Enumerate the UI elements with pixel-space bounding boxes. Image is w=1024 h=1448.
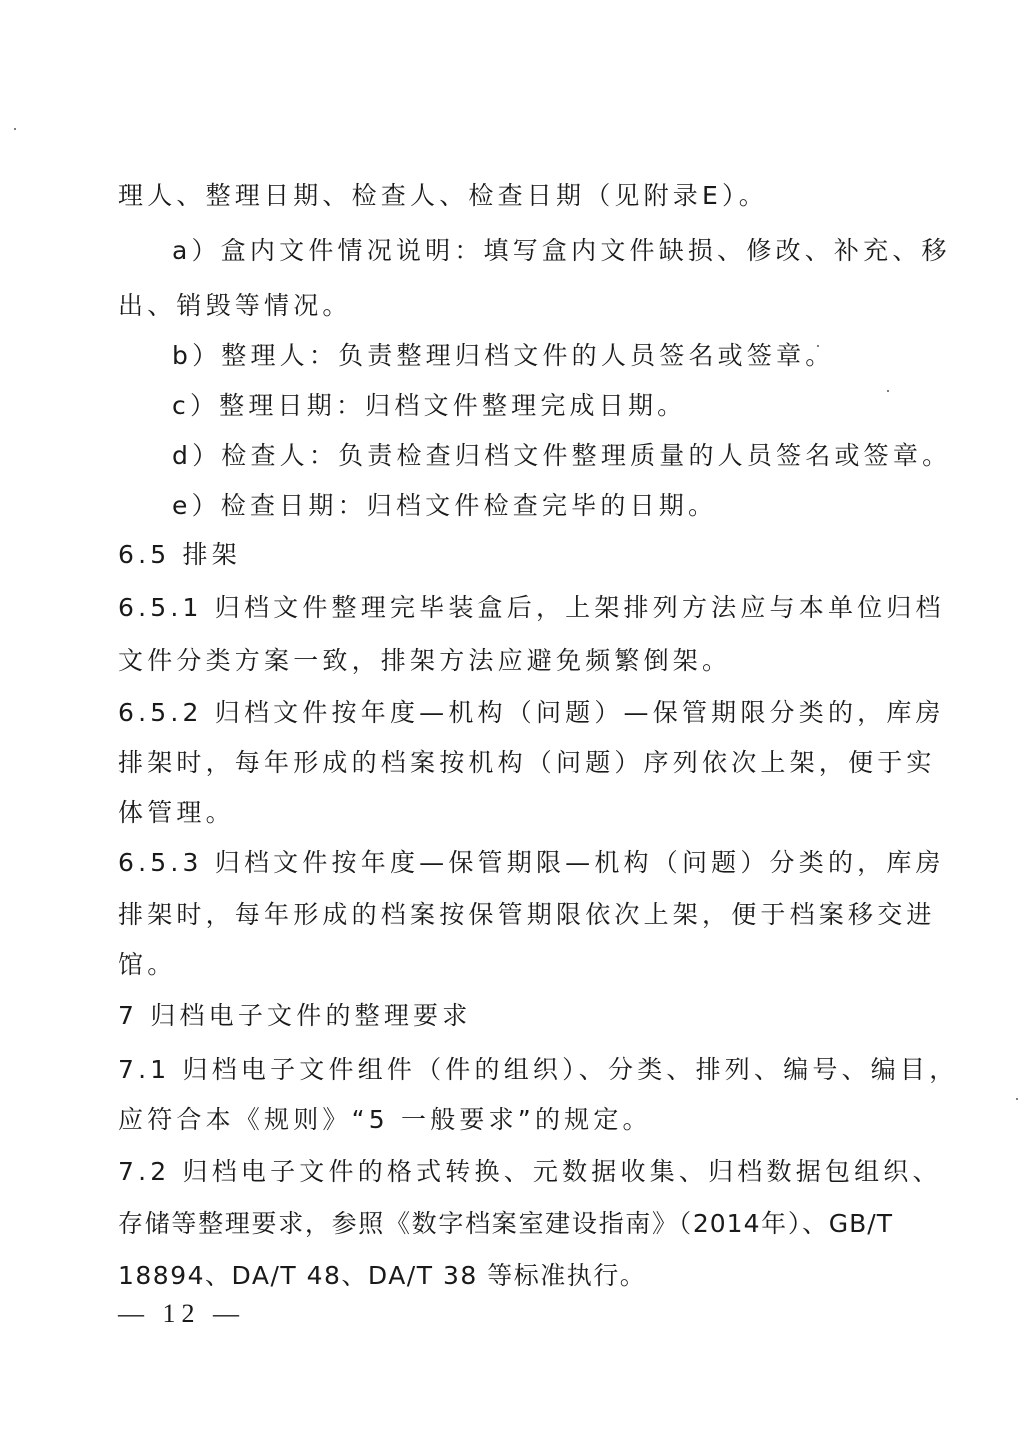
scan-speck: [817, 345, 819, 347]
item-b: b）整理人：负责整理归档文件的人员签名或签章。: [172, 338, 947, 374]
clause-7-2-line-2: 存储等整理要求，参照《数字档案室建设指南》（2014年）、GB/T: [118, 1206, 893, 1242]
clause-6-5-1-line-1: 6.5.1 归档文件整理完毕装盒后，上架排列方法应与本单位归档: [118, 590, 893, 626]
clause-6-5-1-line-2: 文件分类方案一致，排架方法应避免频繁倒架。: [118, 643, 893, 679]
clause-7-2-line-1: 7.2 归档电子文件的格式转换、元数据收集、归档数据包组织、: [118, 1154, 893, 1190]
document-page: 理人、整理日期、检查人、检查日期（见附录E）。 a）盒内文件情况说明：填写盒内文…: [0, 0, 1024, 1448]
clause-6-5-3-line-3: 馆。: [118, 947, 893, 983]
clause-6-5-3-line-1: 6.5.3 归档文件按年度—保管期限—机构（问题）分类的，库房: [118, 845, 893, 881]
clause-7-2-line-3: 18894、DA/T 48、DA/T 38 等标准执行。: [118, 1258, 893, 1294]
item-a-line-1: a）盒内文件情况说明：填写盒内文件缺损、修改、补充、移: [172, 233, 893, 269]
clause-6-5-2-line-2: 排架时，每年形成的档案按机构（问题）序列依次上架，便于实: [118, 745, 893, 781]
clause-6-5-3-line-2: 排架时，每年形成的档案按保管期限依次上架，便于档案移交进: [118, 897, 893, 933]
scan-speck: [14, 128, 16, 130]
paragraph-6-4-continuation: 理人、整理日期、检查人、检查日期（见附录E）。: [118, 178, 893, 214]
page-number: — 12 —: [118, 1296, 245, 1332]
item-e: e）检查日期：归档文件检查完毕的日期。: [172, 488, 947, 524]
clause-6-5-2-line-3: 体管理。: [118, 795, 893, 831]
item-c: c）整理日期：归档文件整理完成日期。: [172, 388, 947, 424]
section-heading-6-5: 6.5 排架: [118, 537, 893, 573]
item-a-line-2: 出、销毁等情况。: [118, 288, 893, 324]
section-heading-7: 7 归档电子文件的整理要求: [118, 998, 893, 1034]
clause-7-1-line-2: 应符合本《规则》“5 一般要求”的规定。: [118, 1102, 893, 1138]
clause-6-5-2-line-1: 6.5.2 归档文件按年度—机构（问题）—保管期限分类的，库房: [118, 695, 893, 731]
scan-speck: [1016, 1098, 1018, 1100]
clause-7-1-line-1: 7.1 归档电子文件组件（件的组织）、分类、排列、编号、编目，: [118, 1052, 893, 1088]
item-d: d）检查人：负责检查归档文件整理质量的人员签名或签章。: [172, 438, 947, 474]
scan-speck: [887, 390, 889, 392]
